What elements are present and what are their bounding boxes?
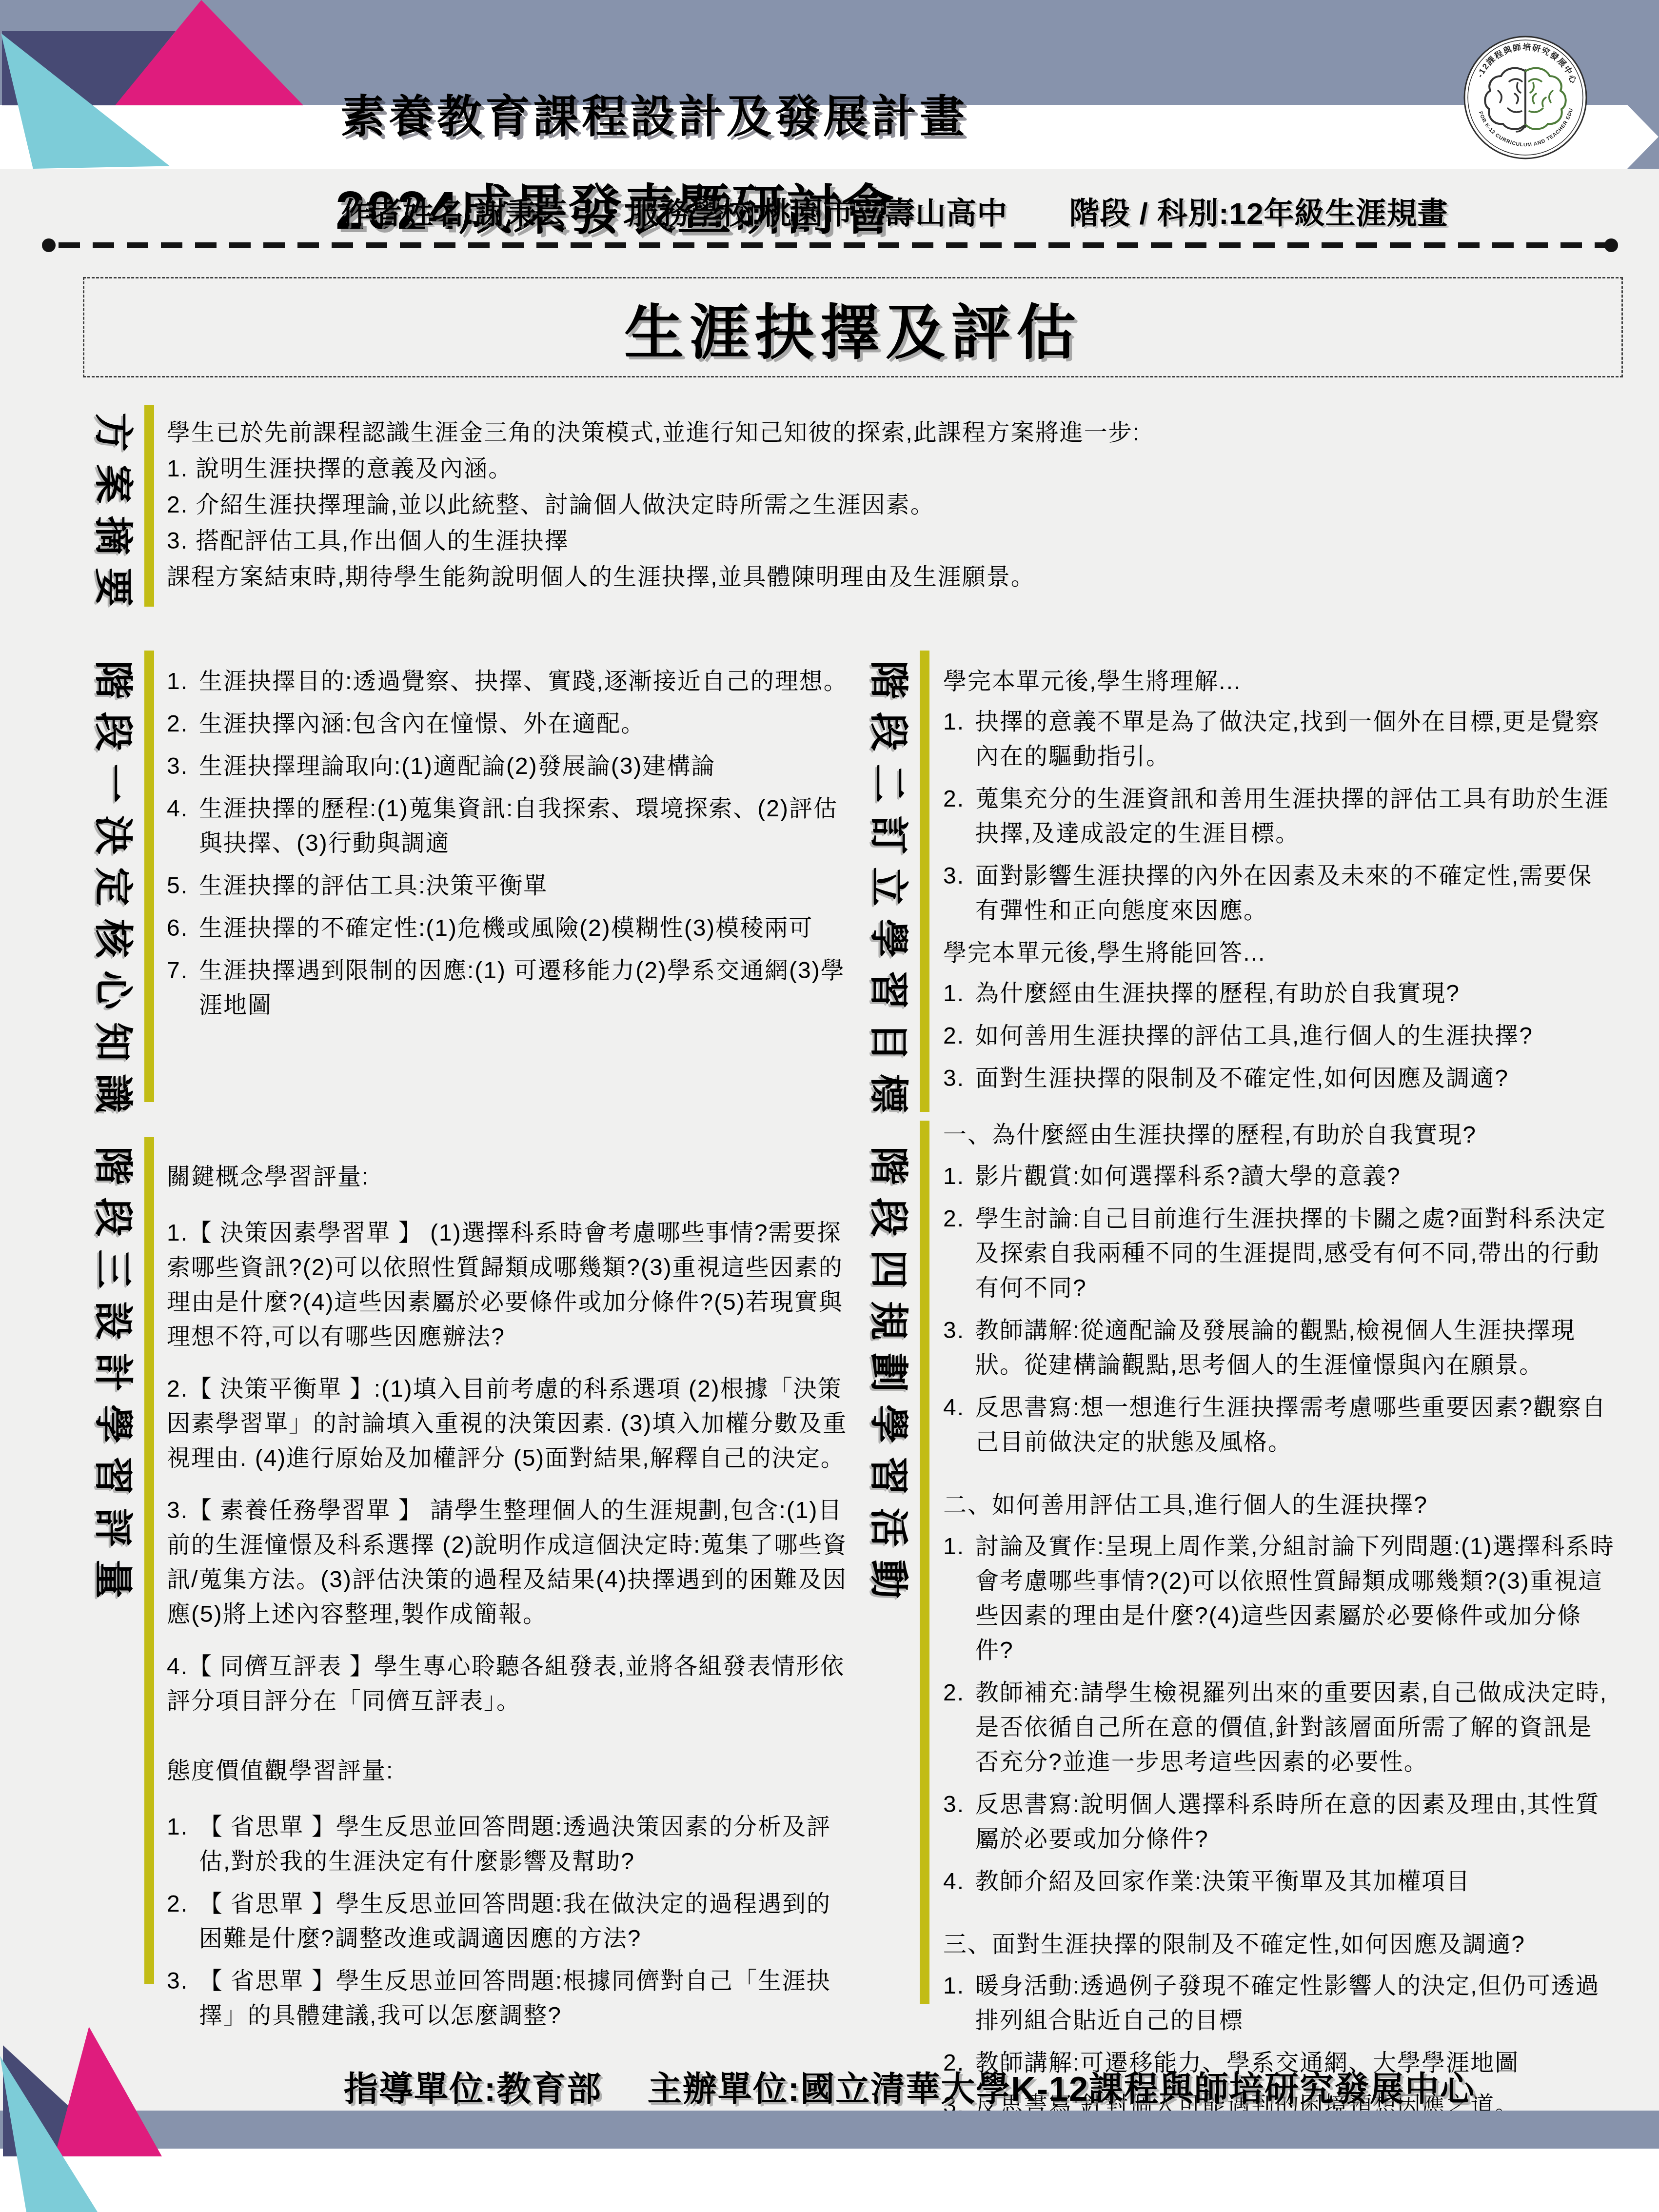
list-item: 1.生涯抉擇目的:透過覺察、抉擇、實踐,逐漸接近自己的理想。 xyxy=(167,664,853,699)
list-item: 2.如何善用生涯抉擇的評估工具,進行個人的生涯抉擇? xyxy=(943,1019,1615,1053)
list-item: 3.教師講解:從適配論及發展論的觀點,檢視個人生涯抉擇現狀。從建構論觀點,思考個… xyxy=(943,1313,1615,1382)
stage3-accent-bar xyxy=(144,1137,154,1984)
stage3-label: 階段三設計學習評量 xyxy=(86,1146,140,1611)
group-heading: 三、面對生涯抉擇的限制及不確定性,如何因應及調適? xyxy=(943,1927,1615,1962)
summary-line: 3. 搭配評估工具,作出個人的生涯抉擇 xyxy=(167,524,1620,559)
summary-line: 學生已於先前課程認識生涯金三角的決策模式,並進行知己知彼的探索,此課程方案將進一… xyxy=(167,415,1620,451)
activity-group-1: 一、為什麼經由生涯抉擇的歷程,有助於自我實現? 1.影片觀賞:如何選擇科系?讀大… xyxy=(943,1118,1615,1460)
stage4-label: 階段四規劃學習活動 xyxy=(861,1146,916,1611)
stage3-content: 關鍵概念學習評量: 1.【 決策因素學習單 】 (1)選擇科系時會考慮哪些事情?… xyxy=(167,1160,853,2041)
list-item: 2.教師補充:請學生檢視羅列出來的重要因素,自己做成決定時,是否依循自己所在意的… xyxy=(943,1676,1615,1779)
brain-seal-icon: K-12課程與師培研究發展中心 CENTER FOR K-12 CURRICUL… xyxy=(1463,35,1588,160)
list-item: 6.生涯抉擇的不確定性:(1)危機或風險(2)模糊性(3)模稜兩可 xyxy=(167,911,853,946)
stage1-accent-bar xyxy=(144,651,154,1102)
footer-credits: 指導單位:教育部 主辦單位:國立清華大學K-12課程與師培研究發展中心 xyxy=(195,2062,1624,2111)
stage2-content: 學完本單元後,學生將理解... 1.抉擇的意義不單是為了做決定,找到一個外在目標… xyxy=(943,664,1615,1104)
list-item: 1.討論及實作:呈現上周作業,分組討論下列問題:(1)選擇科系時會考慮哪些事情?… xyxy=(943,1529,1615,1668)
stage3-paragraph: 3.【 素養任務學習單 】 請學生整理個人的生涯規劃,包含:(1)目前的生涯憧憬… xyxy=(167,1493,853,1632)
summary-content: 學生已於先前課程認識生涯金三角的決策模式,並進行知己知彼的探索,此課程方案將進一… xyxy=(167,415,1620,596)
list-item: 1.暖身活動:透過例子發現不確定性影響人的決定,但仍可透過排列組合貼近自己的目標 xyxy=(943,1969,1615,2038)
list-item: 3.反思書寫:說明個人選擇科系時所在意的因素及理由,其性質屬於必要或加分條件? xyxy=(943,1787,1615,1856)
summary-line: 1. 說明生涯抉擇的意義及內涵。 xyxy=(167,452,1620,487)
stage1-content: 1.生涯抉擇目的:透過覺察、抉擇、實踐,逐漸接近自己的理想。 2.生涯抉擇內涵:… xyxy=(167,664,853,1030)
group-heading: 二、如何善用評估工具,進行個人的生涯抉擇? xyxy=(943,1488,1615,1522)
stage2-label: 階段二訂立學習目標 xyxy=(861,660,916,1126)
list-item: 3.【 省思單 】學生反思並回答問題:根據同儕對自己「生涯抉擇」的具體建議,我可… xyxy=(167,1964,853,2033)
summary-line: 2. 介紹生涯抉擇理論,並以此統整、討論個人做決定時所需之生涯因素。 xyxy=(167,488,1620,523)
group-heading: 一、為什麼經由生涯抉擇的歷程,有助於自我實現? xyxy=(943,1118,1615,1152)
stage2-accent-bar xyxy=(920,651,929,1112)
stage3-paragraph: 2.【 決策平衡單 】:(1)填入目前考慮的科系選項 (2)根據「決策因素學習單… xyxy=(167,1372,853,1476)
summary-line: 課程方案結束時,期待學生能夠說明個人的生涯抉擇,並具體陳明理由及生涯願景。 xyxy=(167,560,1620,595)
stage3-paragraph: 1.【 決策因素學習單 】 (1)選擇科系時會考慮哪些事情?需要探索哪些資訊?(… xyxy=(167,1216,853,1354)
separator-dot-right xyxy=(1604,238,1618,252)
list-item: 4.反思書寫:想一想進行生涯抉擇需考慮哪些重要因素?觀察自己目前做決定的狀態及風… xyxy=(943,1390,1615,1460)
stage3-heading: 態度價值觀學習評量: xyxy=(167,1754,853,1788)
list-item: 7.生涯抉擇遇到限制的因應:(1) 可遷移能力(2)學系交通網(3)學涯地圖 xyxy=(167,953,853,1023)
stage2-intro: 學完本單元後,學生將理解... xyxy=(943,664,1615,699)
summary-accent-bar xyxy=(144,405,154,607)
list-item: 2.蒐集充分的生涯資訊和善用生涯抉擇的評估工具有助於生涯抉擇,及達成設定的生涯目… xyxy=(943,782,1615,851)
main-title-box: 生涯抉擇及評估 xyxy=(83,277,1623,377)
list-item: 4.教師介紹及回家作業:決策平衡單及其加權項目 xyxy=(943,1864,1615,1899)
list-item: 3.面對生涯抉擇的限制及不確定性,如何因應及調適? xyxy=(943,1061,1615,1096)
list-item: 3.生涯抉擇理論取向:(1)適配論(2)發展論(3)建構論 xyxy=(167,749,853,784)
footer-white-band xyxy=(0,2149,1659,2212)
list-item: 1.影片觀賞:如何選擇科系?讀大學的意義? xyxy=(943,1159,1615,1194)
list-item: 1.為什麼經由生涯抉擇的歷程,有助於自我實現? xyxy=(943,976,1615,1011)
list-item: 2.【 省思單 】學生反思並回答問題:我在做決定的過程遇到的困難是什麼?調整改進… xyxy=(167,1887,853,1956)
dashed-separator xyxy=(59,242,1608,248)
stage2-intro: 學完本單元後,學生將能回答... xyxy=(943,936,1615,970)
stage4-accent-bar xyxy=(920,1121,929,2004)
list-item: 3.面對影響生涯抉擇的內外在因素及未來的不確定性,需要保有彈性和正向態度來因應。 xyxy=(943,859,1615,928)
list-item: 1.【 省思單 】學生反思並回答問題:透過決策因素的分析及評估,對於我的生涯決定… xyxy=(167,1810,853,1879)
author-info-line: 作者姓名:謝秉芸 服務學校:桃園市立壽山高中 階段 / 科別:12年級生涯規畫 xyxy=(341,189,1448,233)
separator-dot-left xyxy=(42,238,56,252)
stage3-paragraph: 4.【 同儕互評表 】學生專心聆聽各組發表,並將各組發表情形依評分項目評分在「同… xyxy=(167,1649,853,1718)
page-title: 生涯抉擇及評估 xyxy=(624,285,1082,370)
poster-page: 素養教育課程設計及發展計畫 2024成果發表暨研討會 作者姓名:謝秉芸 服務學校… xyxy=(0,0,1659,2212)
magenta-triangle-bottom xyxy=(55,2027,162,2156)
summary-label: 方案摘要 xyxy=(86,413,140,619)
list-item: 2.生涯抉擇內涵:包含內在憧憬、外在適配。 xyxy=(167,707,853,741)
stage3-heading: 關鍵概念學習評量: xyxy=(167,1160,853,1194)
stage4-content: 一、為什麼經由生涯抉擇的歷程,有助於自我實現? 1.影片觀賞:如何選擇科系?讀大… xyxy=(943,1118,1615,2151)
stage1-label: 階段一決定核心知識 xyxy=(86,660,140,1126)
list-item: 1.抉擇的意義不單是為了做決定,找到一個外在目標,更是覺察內在的驅動指引。 xyxy=(943,705,1615,774)
list-item: 4.生涯抉擇的歷程:(1)蒐集資訊:自我探索、環境探索、(2)評估與抉擇、(3)… xyxy=(167,791,853,861)
activity-group-2: 二、如何善用評估工具,進行個人的生涯抉擇? 1.討論及實作:呈現上周作業,分組討… xyxy=(943,1488,1615,1899)
program-title: 素養教育課程設計及發展計畫 xyxy=(340,81,968,145)
list-item: 2.學生討論:自己目前進行生涯抉擇的卡關之處?面對科系決定及探索自我兩種不同的生… xyxy=(943,1202,1615,1305)
k12-center-logo: K-12課程與師培研究發展中心 CENTER FOR K-12 CURRICUL… xyxy=(1463,35,1588,160)
list-item: 5.生涯抉擇的評估工具:決策平衡單 xyxy=(167,869,853,903)
footer-band xyxy=(0,2111,1659,2149)
